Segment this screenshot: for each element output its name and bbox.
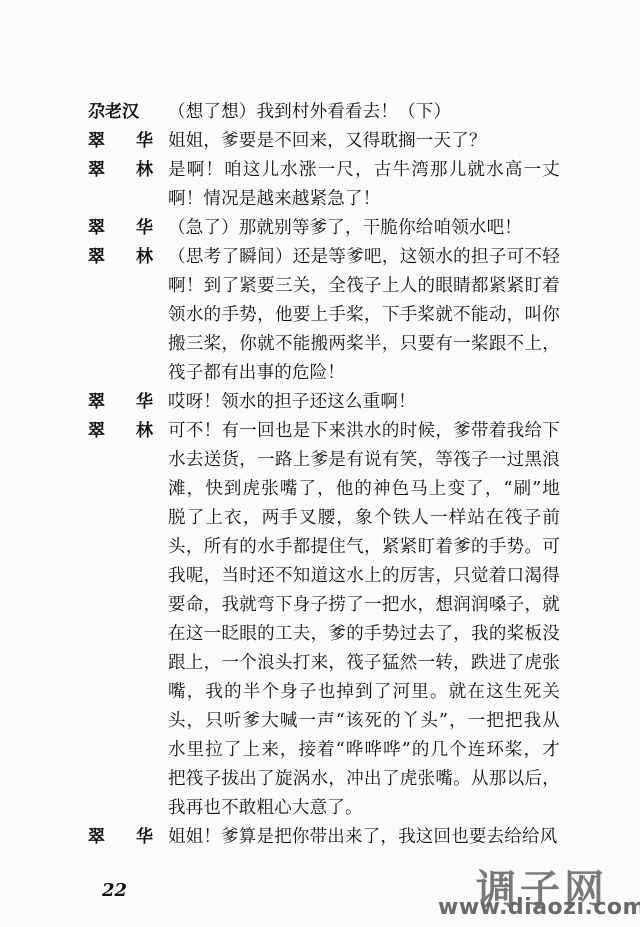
dialogue-line: （急了）那就别等爹了，干脆你给咱领水吧！ xyxy=(168,214,560,243)
play-script-body: 尕老汉（想了想）我到村外看看去！（下）翠华姐姐，爹要是不回来，又得耽搁一天了？翠… xyxy=(88,98,568,852)
speaker-name-char: 翠 xyxy=(88,388,136,417)
dialogue-line: 啊！情况是越来越紧急了！ xyxy=(168,185,560,214)
speaker-name-text: 尕老汉 xyxy=(88,102,139,122)
speaker-name-char: 翠 xyxy=(88,823,136,852)
dialogue-line: 水里拉了上来，接着“哗哗哗”的几个连环桨，才 xyxy=(168,736,560,765)
speaker-name-char: 翠 xyxy=(88,214,136,243)
speaker-name: 翠林 xyxy=(88,417,168,823)
speaker-name: 翠华 xyxy=(88,388,168,417)
dialogue-text: （想了想）我到村外看看去！（下） xyxy=(168,98,568,127)
speaker-name-char: 林 xyxy=(136,247,153,267)
dialogue-line: 头，所有的水手都提住气，紧紧盯着爹的手势。可 xyxy=(168,533,560,562)
dialogue-line: 可不！有一回也是下来洪水的时候，爹带着我给下 xyxy=(168,417,560,446)
dialogue-text: 是啊！咱这儿水涨一尺，古牛湾那儿就水高一丈啊！情况是越来越紧急了！ xyxy=(168,156,568,214)
speaker-name: 翠华 xyxy=(88,823,168,852)
dialogue-entry: 翠华哎呀！领水的担子还这么重啊！ xyxy=(88,388,568,417)
dialogue-text: 姐姐！爹算是把你带出来了，我这回也要去给给风 xyxy=(168,823,568,852)
dialogue-line: 姐姐，爹要是不回来，又得耽搁一天了？ xyxy=(168,127,560,156)
dialogue-text: 哎呀！领水的担子还这么重啊！ xyxy=(168,388,568,417)
speaker-name-char: 华 xyxy=(136,131,153,151)
dialogue-text: 姐姐，爹要是不回来，又得耽搁一天了？ xyxy=(168,127,568,156)
speaker-name-char: 华 xyxy=(136,392,153,412)
dialogue-line: 把筏子拔出了旋涡水，冲出了虎张嘴。从那以后， xyxy=(168,765,560,794)
speaker-name-char: 华 xyxy=(136,827,153,847)
dialogue-entry: 尕老汉（想了想）我到村外看看去！（下） xyxy=(88,98,568,127)
dialogue-text: （思考了瞬间）还是等爹吧，这领水的担子可不轻啊！到了紧要三关，全筏子上人的眼睛都… xyxy=(168,243,568,388)
dialogue-line: 在这一眨眼的工夫，爹的手势过去了，我的桨板没 xyxy=(168,620,560,649)
speaker-name-char: 林 xyxy=(136,160,153,180)
dialogue-line: 是啊！咱这儿水涨一尺，古牛湾那儿就水高一丈 xyxy=(168,156,560,185)
dialogue-line: 我再也不敢粗心大意了。 xyxy=(168,794,560,823)
dialogue-line: 我呢，当时还不知道这水上的厉害，只觉着口渴得 xyxy=(168,562,560,591)
dialogue-line: 要命，我就弯下身子捞了一把水，想润润嗓子，就 xyxy=(168,591,560,620)
speaker-name-char: 林 xyxy=(136,421,153,441)
dialogue-line: （思考了瞬间）还是等爹吧，这领水的担子可不轻 xyxy=(168,243,560,272)
dialogue-text: （急了）那就别等爹了，干脆你给咱领水吧！ xyxy=(168,214,568,243)
dialogue-line: 领水的手势，他要上手桨，下手桨就不能动，叫你 xyxy=(168,301,560,330)
dialogue-line: 脱了上衣，两手叉腰，象个铁人一样站在筏子前 xyxy=(168,504,560,533)
speaker-name-char: 翠 xyxy=(88,127,136,156)
page-number: 22 xyxy=(102,880,127,901)
dialogue-entry: 翠林（思考了瞬间）还是等爹吧，这领水的担子可不轻啊！到了紧要三关，全筏子上人的眼… xyxy=(88,243,568,388)
dialogue-line: 搬三桨，你就不能搬两桨半，只要有一桨跟不上， xyxy=(168,330,560,359)
speaker-name: 尕老汉 xyxy=(88,98,168,127)
dialogue-entry: 翠华姐姐，爹要是不回来，又得耽搁一天了？ xyxy=(88,127,568,156)
dialogue-text: 可不！有一回也是下来洪水的时候，爹带着我给下水去送货，一路上爹是有说有笑，等筏子… xyxy=(168,417,568,823)
speaker-name: 翠林 xyxy=(88,243,168,388)
dialogue-line: 哎呀！领水的担子还这么重啊！ xyxy=(168,388,560,417)
dialogue-line: 嘴，我的半个身子也掉到了河里。就在这生死关 xyxy=(168,678,560,707)
dialogue-entry: 翠华（急了）那就别等爹了，干脆你给咱领水吧！ xyxy=(88,214,568,243)
speaker-name: 翠华 xyxy=(88,127,168,156)
dialogue-line: 跟上，一个浪头打来，筏子猛然一转，跌进了虎张 xyxy=(168,649,560,678)
dialogue-line: 滩，快到虎张嘴了，他的神色马上变了，“刷”地 xyxy=(168,475,560,504)
speaker-name-char: 华 xyxy=(136,218,153,238)
speaker-name-char: 翠 xyxy=(88,417,136,446)
dialogue-entry: 翠林是啊！咱这儿水涨一尺，古牛湾那儿就水高一丈啊！情况是越来越紧急了！ xyxy=(88,156,568,214)
speaker-name: 翠林 xyxy=(88,156,168,214)
dialogue-entry: 翠林可不！有一回也是下来洪水的时候，爹带着我给下水去送货，一路上爹是有说有笑，等… xyxy=(88,417,568,823)
watermark-url: www.diaozi.com xyxy=(438,895,640,920)
speaker-name-char: 翠 xyxy=(88,156,136,185)
dialogue-line: 姐姐！爹算是把你带出来了，我这回也要去给给风 xyxy=(168,823,560,852)
dialogue-line: （想了想）我到村外看看去！（下） xyxy=(168,98,560,127)
dialogue-line: 头，只听爹大喊一声“该死的丫头”，一把把我从 xyxy=(168,707,560,736)
speaker-name-char: 翠 xyxy=(88,243,136,272)
scanned-script-page: 尕老汉（想了想）我到村外看看去！（下）翠华姐姐，爹要是不回来，又得耽搁一天了？翠… xyxy=(0,0,640,927)
dialogue-line: 筏子都有出事的危险！ xyxy=(168,359,560,388)
dialogue-line: 啊！到了紧要三关，全筏子上人的眼睛都紧紧盯着 xyxy=(168,272,560,301)
dialogue-entry: 翠华姐姐！爹算是把你带出来了，我这回也要去给给风 xyxy=(88,823,568,852)
dialogue-line: 水去送货，一路上爹是有说有笑，等筏子一过黑浪 xyxy=(168,446,560,475)
speaker-name: 翠华 xyxy=(88,214,168,243)
